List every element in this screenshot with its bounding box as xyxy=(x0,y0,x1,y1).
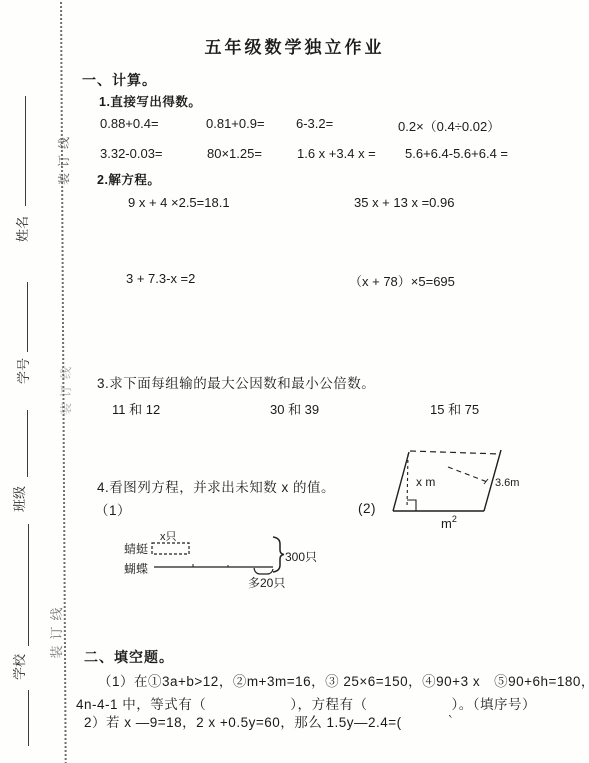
calc-item: 3.32-0.03= xyxy=(100,146,163,161)
name-blank-line xyxy=(25,96,26,206)
calc-item: 0.2×（0.4÷0.02） xyxy=(398,116,500,135)
bar-figure: 蜻蜓 x只 蝴蝶 300只 多20只 xyxy=(118,528,333,592)
q2-label: 2.解方程。 xyxy=(97,170,160,188)
calc-item: 1.6 x +3.4 x = xyxy=(297,146,376,161)
height-label: x m xyxy=(416,475,435,489)
parallelogram-top-dashed-side xyxy=(410,451,500,454)
calc-item: 5.6+6.4-5.6+6.4 = xyxy=(405,146,508,161)
fill-line3: 2）若 x —9=18，2 x +0.5y=60，那么 1.5y—2.4=( ｀ xyxy=(84,711,458,731)
number-blank-line xyxy=(27,282,28,352)
fill-line1: （1）在①3a+b>12，②m+3m=16，③ 25×6=150，④90+3 x… xyxy=(98,670,589,690)
page-title: 五年级数学独立作业 xyxy=(0,33,589,58)
equation: 35 x + 13 x =0.96 xyxy=(354,195,454,210)
number-pair: 15 和 75 xyxy=(430,399,479,418)
calc-item: 0.81+0.9= xyxy=(206,116,265,131)
bottom-blank-line xyxy=(28,690,29,746)
field-label-class: 班级 xyxy=(12,481,28,517)
slant-dashed-line xyxy=(448,467,490,483)
bar-row1-qty-label: x只 xyxy=(160,530,177,543)
school-blank-line xyxy=(28,524,29,646)
slant-label: 3.6m xyxy=(495,477,519,489)
number-pair: 11 和 12 xyxy=(112,399,160,418)
dragonfly-bar xyxy=(152,543,189,554)
number-pair: 30 和 39 xyxy=(270,399,319,418)
q4-sub2-label: (2) xyxy=(358,501,376,516)
field-label-number: 学号 xyxy=(16,353,32,389)
bar-row2-label: 蝴蝶 xyxy=(124,561,148,576)
calc-item: 0.88+0.4= xyxy=(100,116,159,131)
total-brace xyxy=(273,537,284,572)
equation: 3 + 7.3-x =2 xyxy=(126,271,195,286)
bar-row1-label: 蜻蜓 xyxy=(124,541,148,556)
q1-label: 1.直接写出得数。 xyxy=(99,92,201,110)
right-angle-mark xyxy=(407,500,416,511)
area-unit: m xyxy=(441,516,452,531)
binding-text: 装订线 xyxy=(50,600,64,660)
equation: （x + 78）×5=695 xyxy=(349,271,455,290)
equation: 9 x + 4 ×2.5=18.1 xyxy=(128,195,230,210)
parallelogram-figure: x m 3.6m m2 xyxy=(383,438,543,538)
q4-sub1-label: （1） xyxy=(95,499,131,519)
area-label: m2 xyxy=(441,514,457,531)
extra-segment-bracket xyxy=(254,568,273,574)
class-blank-line xyxy=(27,410,28,477)
worksheet-page: 装订线 装订线 装订线 姓名 学号 班级 学校 五年级数学独立作业 一、计算。 … xyxy=(0,0,589,763)
q3-label: 3.求下面每组输的最大公因数和最小公倍数。 xyxy=(97,372,375,392)
binding-text: 装订线 xyxy=(57,128,71,188)
calc-item: 6-3.2= xyxy=(296,116,333,131)
calc-item: 80×1.25= xyxy=(207,146,262,161)
binding-text: 装订线 xyxy=(59,358,73,418)
field-label-name: 姓名 xyxy=(15,211,31,247)
fill-line2: 4n-4-1 中，等式有（ ），方程有（ ）。（填序号） xyxy=(76,693,536,713)
total-label: 300只 xyxy=(285,550,317,564)
extra-label: 多20只 xyxy=(248,576,285,590)
section2-heading: 二、填空题。 xyxy=(84,647,174,667)
q4-label: 4.看图列方程，并求出未知数 x 的值。 xyxy=(97,476,335,496)
section1-heading: 一、计算。 xyxy=(82,70,157,90)
field-label-school: 学校 xyxy=(12,649,28,685)
area-superscript: 2 xyxy=(452,514,457,524)
